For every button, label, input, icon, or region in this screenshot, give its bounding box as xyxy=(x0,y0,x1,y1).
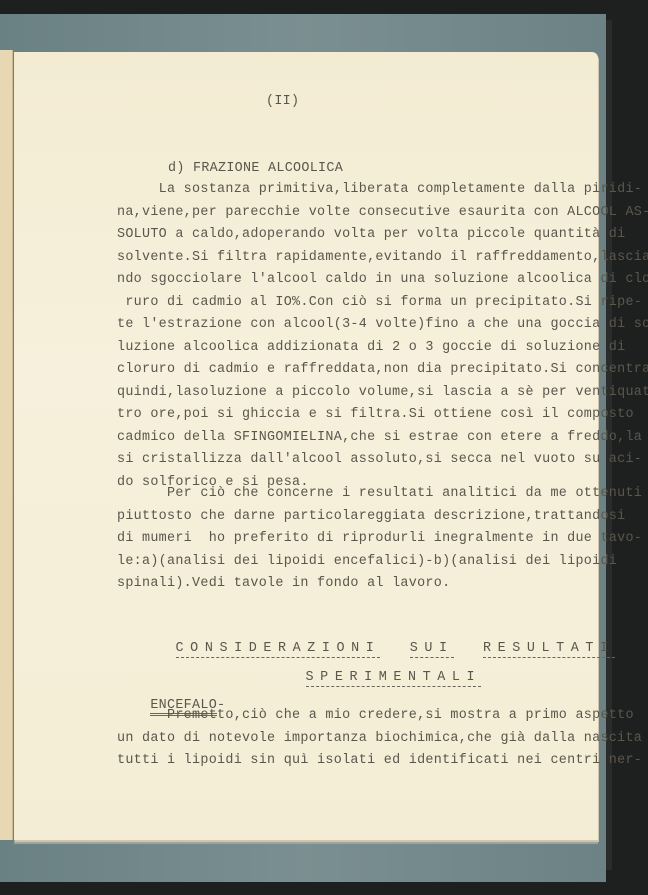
body-line: ruro di cadmio al IO%.Con ciò si forma u… xyxy=(117,295,642,310)
body-line: quindi,lasoluzione a piccolo volume,si l… xyxy=(117,385,648,400)
encefalo-paragraph: Premetto,ciò che a mio credere,si mostra… xyxy=(117,708,597,788)
body-line: tro ore,poi si ghiccia e si filtra.Si ot… xyxy=(117,407,634,422)
results-paragraph: Per ciò che concerne i resultati analiti… xyxy=(117,486,597,606)
section-subtitle-sperimentali: SPERIMENTALI xyxy=(247,655,481,700)
body-line: le:a)(analisi dei lipoidi encefalici)-b)… xyxy=(117,554,617,569)
body-line: cloruro di cadmio e raffreddata,non dia … xyxy=(117,362,648,377)
typewritten-page: (II) d) FRAZIONE ALCOOLICA La sostanza p… xyxy=(14,52,598,840)
page-number: (II) xyxy=(266,94,299,109)
body-line: cadmico della SFINGOMIELINA,che si estra… xyxy=(117,430,642,445)
section-heading-frazione-alcoolica: d) FRAZIONE ALCOOLICA xyxy=(168,161,343,176)
body-line: spinali).Vedi tavole in fondo al lavoro. xyxy=(117,576,450,591)
body-line: solvente.Si filtra rapidamente,evitando … xyxy=(117,250,648,265)
body-line: Premetto,ciò che a mio credere,si mostra… xyxy=(117,708,634,723)
body-line: SOLUTO a caldo,adoperando volta per volt… xyxy=(117,227,625,242)
body-line: piuttosto che darne particolareggiata de… xyxy=(117,509,625,524)
left-page-edge xyxy=(0,50,13,840)
body-line: si cristallizza dall'alcool assoluto,si … xyxy=(117,452,642,467)
body-line: un dato di notevole importanza biochimic… xyxy=(117,731,642,746)
body-line: tutti i lipoidi sin quì isolati ed ident… xyxy=(117,753,642,768)
body-line: luzione alcoolica addizionata di 2 o 3 g… xyxy=(117,340,625,355)
title-word: RESULTATI xyxy=(483,641,615,658)
subtitle-word: SPERIMENTALI xyxy=(306,670,482,687)
body-line: di mumeri ho preferito di riprodurli ine… xyxy=(117,531,642,546)
body-line: na,viene,per parecchie volte consecutive… xyxy=(117,205,648,220)
body-line: Per ciò che concerne i resultati analiti… xyxy=(117,486,642,501)
body-line: te l'estrazione con alcool(3-4 volte)fin… xyxy=(117,317,648,332)
body-line: La sostanza primitiva,liberata completam… xyxy=(117,182,642,197)
body-line: ndo sgocciolare l'alcool caldo in una so… xyxy=(117,272,648,287)
section-d-body: La sostanza primitiva,liberata completam… xyxy=(117,182,597,482)
